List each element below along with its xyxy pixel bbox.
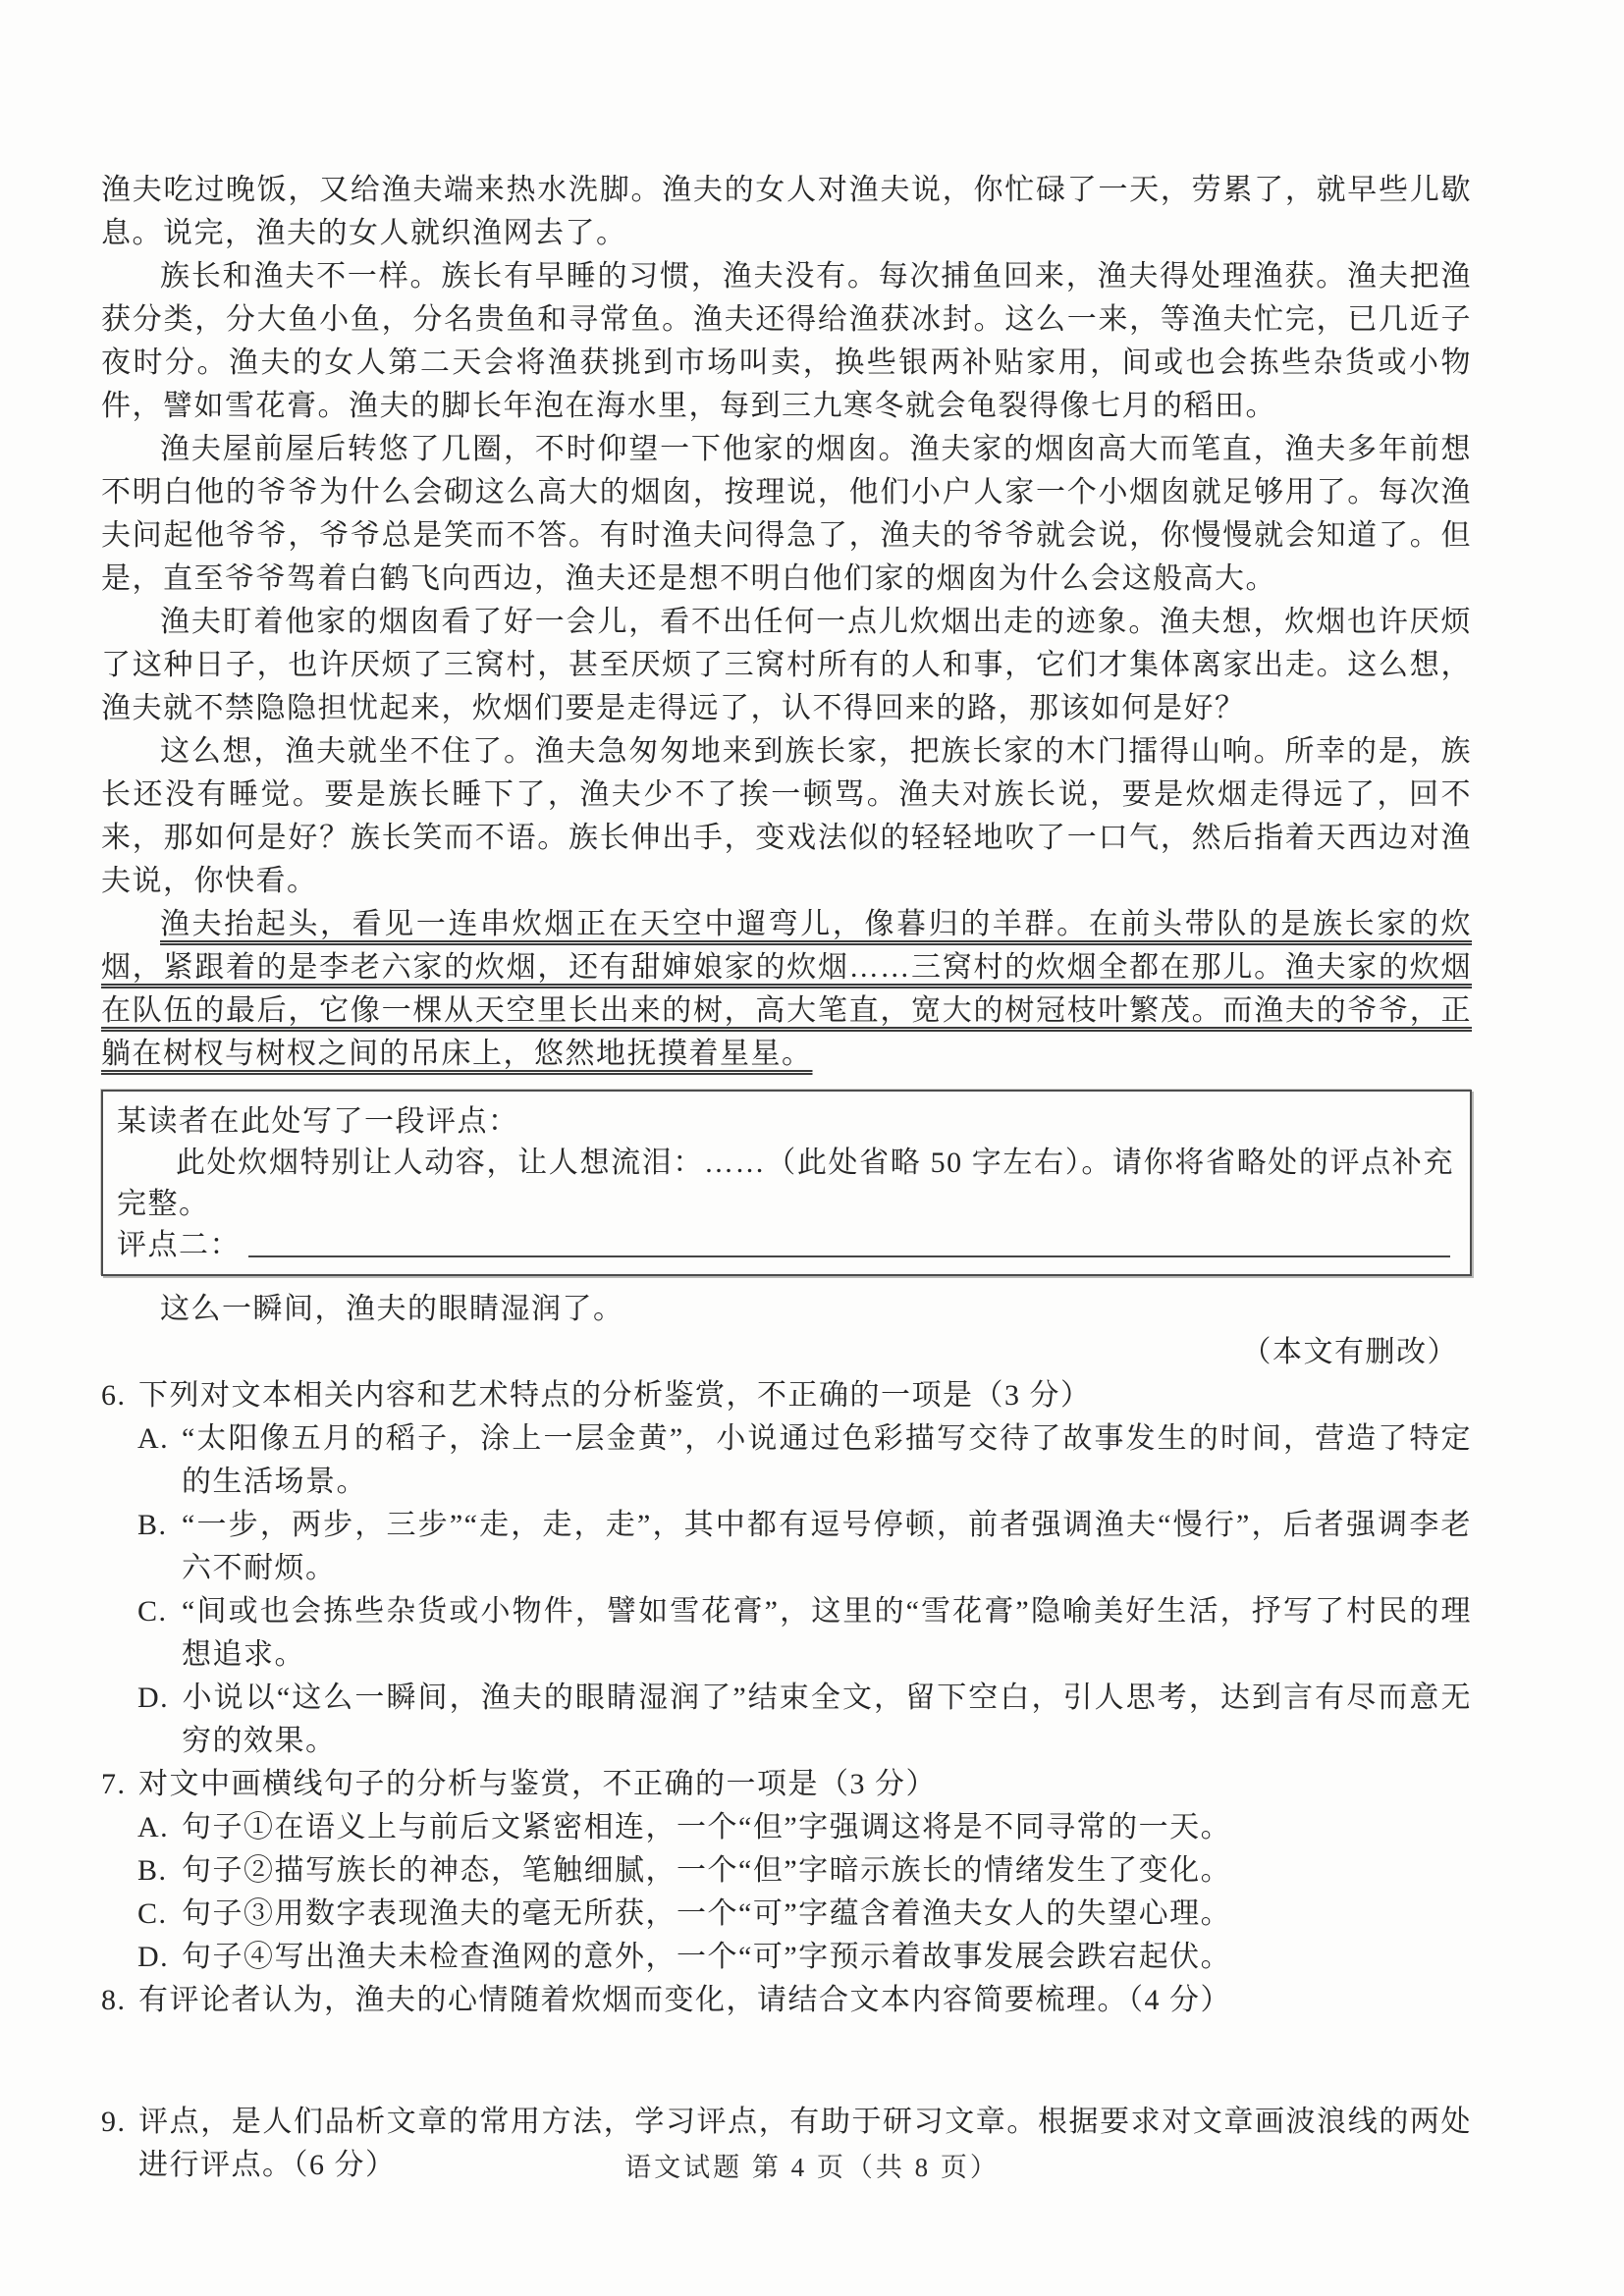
story-paragraph-4: 渔夫盯着他家的烟囱看了好一会儿，看不出任何一点儿炊烟出走的迹象。渔夫想，炊烟也许… [101,601,1472,730]
comment-box-answer-row: 评点二： [117,1225,1454,1266]
question-6-stem: 下列对文本相关内容和艺术特点的分析鉴赏，不正确的一项是（3 分） [138,1379,1092,1412]
option-d-label: D. [137,1677,182,1720]
story-paragraph-wavy-underlined: 渔夫抬起头，看见一连串炊烟正在天空中遛弯儿，像暮归的羊群。在前头带队的是族长家的… [101,903,1472,1076]
story-paragraph-1: 渔夫吃过晚饭，又给渔夫端来热水洗脚。渔夫的女人对渔夫说，你忙碌了一天，劳累了，就… [101,169,1472,255]
option-b-label: B. [137,1504,182,1547]
exam-paper-page: 渔夫吃过晚饭，又给渔夫端来热水洗脚。渔夫的女人对渔夫说，你忙碌了一天，劳累了，就… [0,0,1624,2296]
source-note: （本文有删改） [101,1331,1472,1374]
page-footer: 语文试题 第 4 页（共 8 页） [0,2146,1624,2184]
question-9-number: 9. [101,2101,138,2144]
question-6-number: 6. [101,1374,138,1417]
option-c-label: C. [137,1893,182,1936]
option-a-label: A. [137,1806,182,1849]
answer-blank-line [248,1226,1450,1257]
question-6-option-b: B.“一步，两步，三步”“走，走，走”，其中都有逗号停顿，前者强调渔夫“慢行”，… [137,1504,1472,1590]
underlined-passage-text: 渔夫抬起头，看见一连串炊烟正在天空中遛弯儿，像暮归的羊群。在前头带队的是族长家的… [101,908,1472,1070]
question-7-option-c: C.句子③用数字表现渔夫的毫无所获，一个“可”字蕴含着渔夫女人的失望心理。 [137,1893,1472,1936]
question-8-number: 8. [101,1979,138,2022]
question-8-stem: 有评论者认为，渔夫的心情随着炊烟而变化，请结合文本内容简要梳理。（4 分） [138,1984,1231,2016]
story-paragraph-5: 这么想，渔夫就坐不住了。渔夫急匆匆地来到族长家，把族长家的木门擂得山响。所幸的是… [101,730,1472,903]
option-b-text: 句子②描写族长的神态，笔触细腻，一个“但”字暗示族长的情绪发生了变化。 [182,1854,1231,1887]
question-6-stem-row: 6.下列对文本相关内容和艺术特点的分析鉴赏，不正确的一项是（3 分） [101,1374,1472,1417]
comment-label: 评点二： [117,1225,241,1266]
option-d-text: 句子④写出渔夫未检查渔网的意外，一个“可”字预示着故事发展会跌宕起伏。 [182,1941,1231,1973]
option-a-text: 句子①在语义上与前后文紧密相连，一个“但”字强调这将是不同寻常的一天。 [182,1811,1231,1843]
comment-box-body: 此处炊烟特别让人动容，让人想流泪：……（此处省略 50 字左右）。请你将省略处的… [117,1143,1454,1225]
story-paragraph-2: 族长和渔夫不一样。族长有早睡的习惯，渔夫没有。每次捕鱼回来，渔夫得处理渔获。渔夫… [101,255,1472,428]
question-6: 6.下列对文本相关内容和艺术特点的分析鉴赏，不正确的一项是（3 分） A.“太阳… [101,1374,1472,1763]
question-7-option-d: D.句子④写出渔夫未检查渔网的意外，一个“可”字预示着故事发展会跌宕起伏。 [137,1936,1472,1979]
reader-comment-box: 某读者在此处写了一段评点： 此处炊烟特别让人动容，让人想流泪：……（此处省略 5… [101,1090,1472,1276]
option-d-label: D. [137,1936,182,1979]
question-8: 8.有评论者认为，渔夫的心情随着炊烟而变化，请结合文本内容简要梳理。（4 分） [101,1979,1472,2022]
option-c-text: “间或也会拣些杂货或小物件，譬如雪花膏”，这里的“雪花膏”隐喻美好生活，抒写了村… [182,1595,1472,1671]
question-7: 7.对文中画横线句子的分析与鉴赏，不正确的一项是（3 分） A.句子①在语义上与… [101,1763,1472,1979]
page-content: 渔夫吃过晚饭，又给渔夫端来热水洗脚。渔夫的女人对渔夫说，你忙碌了一天，劳累了，就… [101,169,1472,2187]
question-7-stem: 对文中画横线句子的分析与鉴赏，不正确的一项是（3 分） [138,1768,937,1800]
option-d-text: 小说以“这么一瞬间，渔夫的眼睛湿润了”结束全文，留下空白，引人思考，达到言有尽而… [182,1682,1472,1757]
story-closing-line: 这么一瞬间，渔夫的眼睛湿润了。 [101,1288,1472,1331]
question-7-stem-row: 7.对文中画横线句子的分析与鉴赏，不正确的一项是（3 分） [101,1763,1472,1806]
option-b-label: B. [137,1849,182,1893]
question-7-option-b: B.句子②描写族长的神态，笔触细腻，一个“但”字暗示族长的情绪发生了变化。 [137,1849,1472,1893]
option-a-text: “太阳像五月的稻子，涂上一层金黄”，小说通过色彩描写交待了故事发生的时间，营造了… [182,1422,1472,1498]
option-b-text: “一步，两步，三步”“走，走，走”，其中都有逗号停顿，前者强调渔夫“慢行”，后者… [182,1509,1472,1584]
question-6-options: A.“太阳像五月的稻子，涂上一层金黄”，小说通过色彩描写交待了故事发生的时间，营… [137,1417,1472,1763]
option-a-label: A. [137,1417,182,1461]
question-7-option-a: A.句子①在语义上与前后文紧密相连，一个“但”字强调这将是不同寻常的一天。 [137,1806,1472,1849]
story-paragraph-3: 渔夫屋前屋后转悠了几圈，不时仰望一下他家的烟囱。渔夫家的烟囱高大而笔直，渔夫多年… [101,428,1472,601]
question-8-stem-row: 8.有评论者认为，渔夫的心情随着炊烟而变化，请结合文本内容简要梳理。（4 分） [101,1979,1472,2022]
option-c-label: C. [137,1590,182,1633]
option-c-text: 句子③用数字表现渔夫的毫无所获，一个“可”字蕴含着渔夫女人的失望心理。 [182,1897,1231,1930]
comment-box-intro: 某读者在此处写了一段评点： [117,1101,1454,1143]
question-6-option-c: C.“间或也会拣些杂货或小物件，譬如雪花膏”，这里的“雪花膏”隐喻美好生活，抒写… [137,1590,1472,1677]
question-7-options: A.句子①在语义上与前后文紧密相连，一个“但”字强调这将是不同寻常的一天。 B.… [137,1806,1472,1979]
question-7-number: 7. [101,1763,138,1806]
question-6-option-d: D.小说以“这么一瞬间，渔夫的眼睛湿润了”结束全文，留下空白，引人思考，达到言有… [137,1677,1472,1763]
question-6-option-a: A.“太阳像五月的稻子，涂上一层金黄”，小说通过色彩描写交待了故事发生的时间，营… [137,1417,1472,1504]
